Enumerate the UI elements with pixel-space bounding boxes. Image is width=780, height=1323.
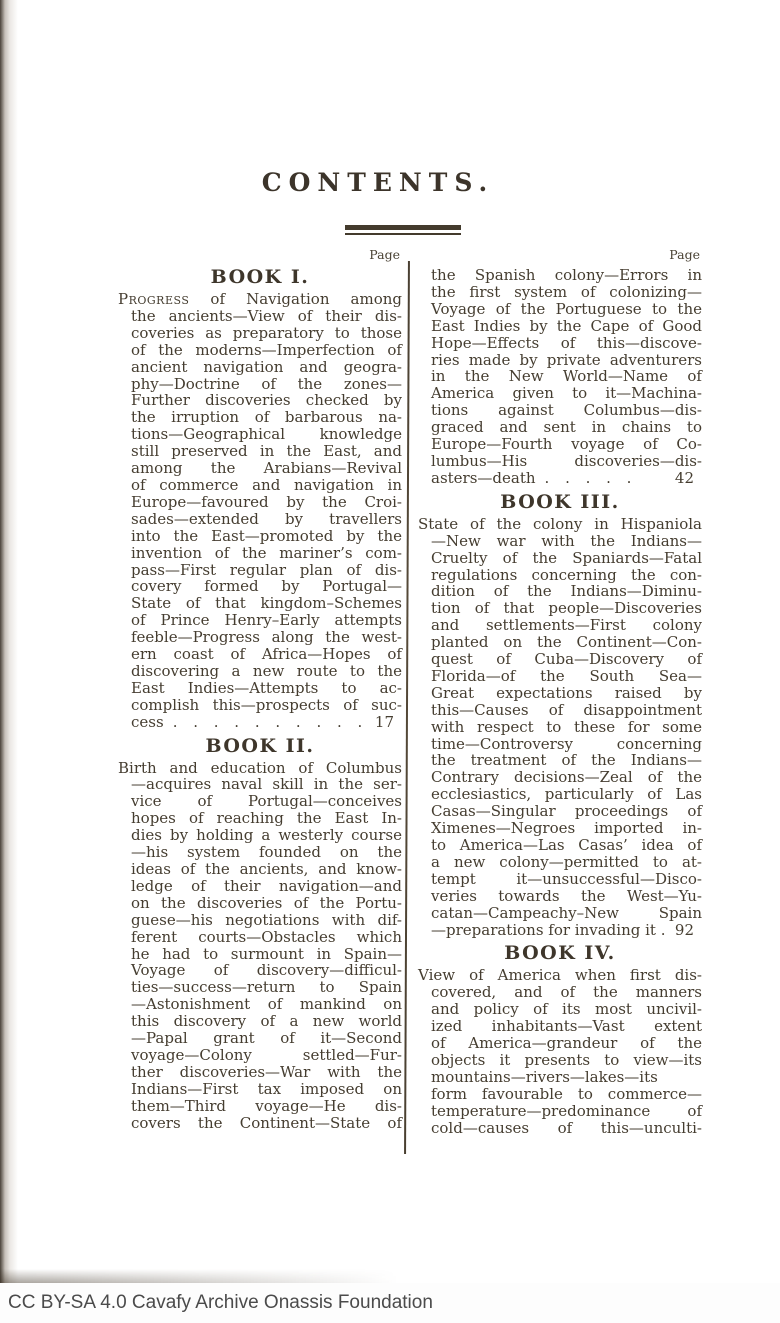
toc-line: of America—grandeur of the — [418, 1035, 702, 1052]
toc-columns: Page BOOK I.Progress of Navigation among… — [0, 248, 780, 1154]
toc-line: into the East—promoted by the — [118, 528, 402, 545]
toc-line: State of that kingdom–Schemes — [118, 595, 402, 612]
toc-line: Contrary decisions—Zeal of the — [418, 769, 702, 786]
toc-line: and settlements—First colony — [418, 617, 702, 634]
toc-line: tions—Geographical knowledge — [118, 426, 402, 443]
toc-line: of the moderns—Imperfection of — [118, 342, 402, 359]
toc-entry-end-line: cess. . . . . . . . . .17 — [118, 714, 402, 731]
toc-line: Cruelty of the Spaniards—Fatal — [418, 550, 702, 567]
toc-line: —Papal grant of it—Second — [118, 1030, 402, 1047]
entry-end-text: cess — [131, 714, 164, 731]
toc-line: Voyage of the Portuguese to the — [418, 301, 702, 318]
toc-line: veries towards the West—Yu- — [418, 888, 702, 905]
toc-line: ferent courts—Obstacles which — [118, 929, 402, 946]
toc-line: —Astonishment of mankind on — [118, 996, 402, 1013]
toc-line: East Indies by the Cape of Good — [418, 318, 702, 335]
toc-entry-end-line: asters—death. . . . .42 — [418, 470, 702, 487]
book-page-scan: CONTENTS. Page BOOK I.Progress of Naviga… — [0, 0, 780, 1283]
toc-column-right-content: the Spanish colony—Errors inthe first sy… — [418, 267, 702, 1137]
toc-line: Great expectations raised by — [418, 685, 702, 702]
toc-line: catan—Campeachy–New Spain — [418, 905, 702, 922]
toc-line: Europe—Fourth voyage of Co- — [418, 436, 702, 453]
column-divider-rule — [404, 261, 410, 1154]
toc-line: graced and sent in chains to — [418, 419, 702, 436]
toc-line: tions against Columbus—dis- — [418, 402, 702, 419]
toc-line: objects it presents to view—its — [418, 1052, 702, 1069]
toc-line: Casas—Singular proceedings of — [418, 803, 702, 820]
toc-line: Birth and education of Columbus — [118, 760, 402, 777]
toc-line: Ximenes—Negroes imported in- — [418, 820, 702, 837]
toc-line: phy—Doctrine of the zones— — [118, 376, 402, 393]
book-heading: BOOK II. — [118, 734, 402, 758]
dot-leader: . . . . . — [536, 470, 675, 487]
toc-column-left-content: BOOK I.Progress of Navigation amongthe a… — [118, 265, 402, 1132]
toc-line: the irruption of barbarous na- — [118, 409, 402, 426]
toc-line: ized inhabitants—Vast extent — [418, 1018, 702, 1035]
toc-line: temperature—predominance of — [418, 1103, 702, 1120]
toc-line: guese—his negotiations with dif- — [118, 912, 402, 929]
toc-line: Voyage of discovery—difficul- — [118, 962, 402, 979]
toc-line: hopes of reaching the East In- — [118, 810, 402, 827]
toc-line: ideas of the ancients, and know- — [118, 861, 402, 878]
entry-end-text: asters—death — [431, 470, 536, 487]
toc-line: he had to surmount in Spain— — [118, 946, 402, 963]
license-bar: CC BY-SA 4.0 Cavafy Archive Onassis Foun… — [0, 1283, 780, 1323]
toc-line: Europe—favoured by the Croi- — [118, 494, 402, 511]
toc-column-right: Page the Spanish colony—Errors inthe fir… — [418, 248, 702, 1137]
toc-line: ties—success—return to Spain — [118, 979, 402, 996]
toc-line: vice of Portugal—conceives — [118, 793, 402, 810]
toc-line: in the New World—Name of — [418, 368, 702, 385]
book-heading: BOOK I. — [118, 265, 402, 289]
toc-line: America given to it—Machina- — [418, 385, 702, 402]
toc-line: quest of Cuba—Discovery of — [418, 651, 702, 668]
page-bottom-edge-shadow — [0, 1269, 468, 1283]
toc-line: the treatment of the Indians— — [418, 752, 702, 769]
toc-line: form favourable to commerce— — [418, 1086, 702, 1103]
toc-line: planted on the Continent—Con- — [418, 634, 702, 651]
dot-leader: . . . . . . . . . . — [164, 714, 375, 731]
toc-line: this—Causes of disappointment — [418, 702, 702, 719]
toc-line: on the discoveries of the Portu- — [118, 895, 402, 912]
toc-line: ledge of their navigation—and — [118, 878, 402, 895]
toc-line: pass—First regular plan of dis- — [118, 562, 402, 579]
toc-line: and policy of its most uncivil- — [418, 1001, 702, 1018]
toc-line: ancient navigation and geogra- — [118, 359, 402, 376]
page-column-header-left: Page — [118, 248, 402, 262]
toc-line: ries made by private adventurers — [418, 352, 702, 369]
page-number: 17 — [375, 714, 402, 731]
toc-entry: View of America when first dis-covered, … — [418, 967, 702, 1136]
toc-line: coveries as preparatory to those — [118, 325, 402, 342]
book-heading: BOOK IV. — [418, 941, 702, 965]
title-rule — [345, 225, 461, 235]
page-title: CONTENTS. — [0, 0, 768, 197]
toc-line: —acquires naval skill in the ser- — [118, 776, 402, 793]
toc-line: invention of the mariner’s com- — [118, 545, 402, 562]
toc-line: Hope—Effects of this—discove- — [418, 335, 702, 352]
toc-line: mountains—rivers—lakes—its — [418, 1069, 702, 1086]
toc-line: dies by holding a westerly course — [118, 827, 402, 844]
toc-line: them—Third voyage—He dis- — [118, 1098, 402, 1115]
page-column-header-right: Page — [418, 248, 702, 262]
toc-line: —his system founded on the — [118, 844, 402, 861]
toc-line: cold—causes of this—unculti- — [418, 1120, 702, 1137]
toc-entry: State of the colony in Hispaniola—New wa… — [418, 516, 702, 939]
toc-entry-end-line: —preparations for invading it .92 — [418, 922, 702, 939]
toc-line: sades—extended by travellers — [118, 511, 402, 528]
page-number: 42 — [675, 470, 702, 487]
toc-line: this discovery of a new world — [118, 1013, 402, 1030]
small-caps-lead: Progress — [118, 290, 189, 308]
entry-end-text: —preparations for invading it . — [431, 922, 665, 939]
toc-line: State of the colony in Hispaniola — [418, 516, 702, 533]
toc-line: of Prince Henry–Early attempts — [118, 612, 402, 629]
toc-line: time—Controversy concerning — [418, 736, 702, 753]
toc-line: voyage—Colony settled—Fur- — [118, 1047, 402, 1064]
toc-line: with respect to these for some — [418, 719, 702, 736]
toc-line: still preserved in the East, and — [118, 443, 402, 460]
page-number: 92 — [675, 922, 702, 939]
toc-line: covers the Continent—State of — [118, 1115, 402, 1132]
toc-line: tempt it—unsuccessful—Disco- — [418, 871, 702, 888]
license-attribution: CC BY-SA 4.0 Cavafy Archive Onassis Foun… — [8, 1292, 433, 1314]
toc-line: ern coast of Africa—Hopes of — [118, 646, 402, 663]
toc-entry: Birth and education of Columbus—acquires… — [118, 760, 402, 1132]
toc-line: among the Arabians—Revival — [118, 460, 402, 477]
toc-line: ther discoveries—War with the — [118, 1064, 402, 1081]
toc-line: East Indies—Attempts to ac- — [118, 680, 402, 697]
toc-line: of commerce and navigation in — [118, 477, 402, 494]
book-heading: BOOK III. — [418, 490, 702, 514]
toc-line: dition of the Indians—Diminu- — [418, 583, 702, 600]
toc-line: covered, and of the manners — [418, 984, 702, 1001]
toc-line: the first system of colonizing— — [418, 284, 702, 301]
toc-line: ecclesiastics, particularly of Las — [418, 786, 702, 803]
toc-line: regulations concerning the con- — [418, 567, 702, 584]
toc-line: feeble—Progress along the west- — [118, 629, 402, 646]
toc-line: complish this—prospects of suc- — [118, 697, 402, 714]
toc-line: Indians—First tax imposed on — [118, 1081, 402, 1098]
toc-entry: the Spanish colony—Errors inthe first sy… — [418, 267, 702, 487]
toc-line: View of America when first dis- — [418, 967, 702, 984]
toc-line: lumbus—His discoveries—dis- — [418, 453, 702, 470]
toc-line: to America—Las Casas’ idea of — [418, 837, 702, 854]
toc-line: tion of that people—Discoveries — [418, 600, 702, 617]
toc-line: Progress of Navigation among — [118, 291, 402, 308]
toc-column-left: Page BOOK I.Progress of Navigation among… — [118, 248, 402, 1132]
toc-entry: Progress of Navigation amongthe ancients… — [118, 291, 402, 731]
toc-line: a new colony—permitted to at- — [418, 854, 702, 871]
toc-line: Further discoveries checked by — [118, 392, 402, 409]
toc-line: Florida—of the South Sea— — [418, 668, 702, 685]
toc-line: the ancients—View of their dis- — [118, 308, 402, 325]
toc-line: —New war with the Indians— — [418, 533, 702, 550]
toc-line: the Spanish colony—Errors in — [418, 267, 702, 284]
toc-line: covery formed by Portugal— — [118, 578, 402, 595]
toc-line: discovering a new route to the — [118, 663, 402, 680]
